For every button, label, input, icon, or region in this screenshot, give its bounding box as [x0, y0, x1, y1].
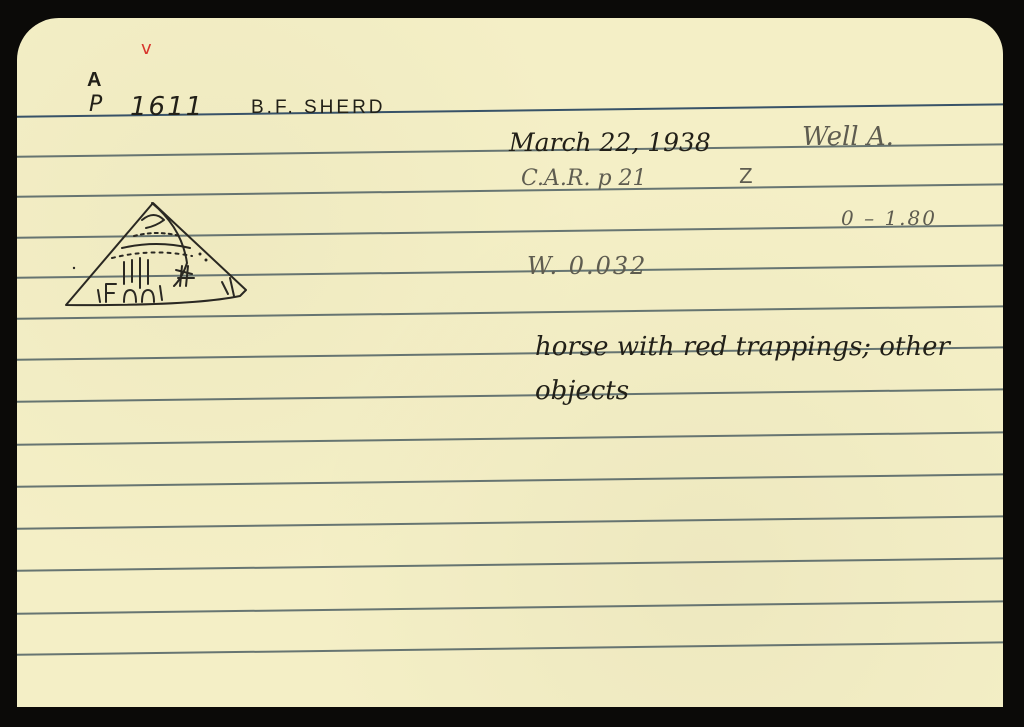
catalog-prefix-top: A	[87, 70, 104, 90]
rule-line	[17, 515, 1003, 530]
depth-range: 0 – 1.80	[841, 208, 937, 228]
find-location: Well A.	[802, 124, 894, 150]
rule-line	[17, 183, 1003, 198]
catalog-prefix-bottom: P	[89, 94, 102, 116]
catalog-number: 1611	[130, 94, 204, 120]
description-line-1: horse with red trappings; other	[535, 334, 950, 360]
sherd-sketch	[62, 198, 252, 313]
check-mark: v	[141, 40, 152, 58]
excavation-date: March 22, 1938	[509, 130, 711, 155]
rule-line	[17, 431, 1003, 446]
reference: C.A.R. p 21	[521, 168, 647, 190]
grid-label: Z	[739, 166, 753, 186]
description-line-2: objects	[535, 378, 629, 404]
object-type: B.F. SHERD	[251, 98, 386, 117]
rule-line	[17, 388, 1003, 403]
rule-line	[17, 473, 1003, 488]
index-card: v A P 1611 B.F. SHERD March 22, 1938 Wel…	[17, 18, 1003, 707]
rule-line	[17, 557, 1003, 572]
rule-line	[17, 600, 1003, 615]
sherd-outline	[66, 203, 246, 305]
width-measurement: W. 0.032	[527, 254, 647, 278]
rule-line	[17, 641, 1003, 656]
